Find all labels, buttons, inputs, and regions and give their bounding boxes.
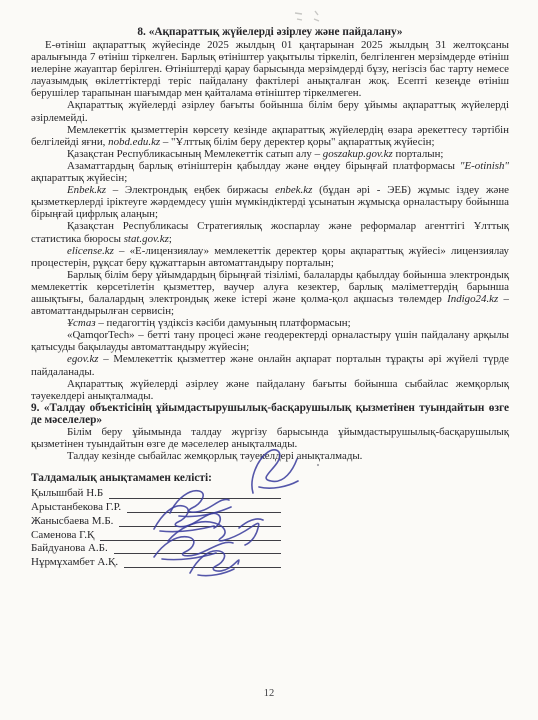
signatory-name: Арыстанбекова Г.Р. (31, 501, 127, 514)
paragraph: Барлық білім беру ұйымдардың бірыңғай ті… (31, 269, 509, 317)
signatory-name: Нұрмұхамбет А.Қ. (31, 556, 124, 569)
signatory-row: Қылышбай Н.Б (31, 487, 281, 501)
scan-artifact-marks (295, 11, 319, 21)
page-number: 12 (0, 688, 538, 699)
text-run: Білім беру ұйымында талдау жүргізу барыс… (31, 426, 509, 450)
text-run: Е-өтініш ақпараттық жүйесінде 2025 жылды… (31, 39, 509, 99)
italic-text-run: elicense.kz (67, 245, 114, 257)
signatory-row: Арыстанбекова Г.Р. (31, 500, 281, 514)
text-run: ақпараттық жүйесін; (31, 172, 127, 184)
paragraph: Қазақстан Республикасының Мемлекеттік са… (31, 148, 509, 160)
italic-text-run: nobd.edu.kz (108, 136, 160, 148)
text-run: Қазақстан Республикасының Мемлекеттік са… (67, 148, 323, 160)
section-8-body: Е-өтініш ақпараттық жүйесінде 2025 жылды… (31, 39, 509, 402)
paragraph: Азаматтардың барлық өтініштерін қабылдау… (31, 160, 509, 184)
signatory-row: Нұрмұхамбет А.Қ. (31, 555, 281, 569)
section-9-heading: 9. «Талдау объектісінің ұйымдастырушылық… (31, 402, 509, 426)
paragraph: Ақпараттық жүйелерді әзірлеу және пайдал… (31, 378, 509, 402)
text-run: Талдау кезінде сыбайлас жемқорлық тәуеке… (67, 450, 362, 462)
signature-line (100, 540, 281, 541)
signatory-name: Саменова Г.Қ (31, 529, 100, 542)
paragraph: Мемлекеттік қызметтерін көрсету кезінде … (31, 124, 509, 148)
paragraph: Enbek.kz – Электрондық еңбек биржасы enb… (31, 184, 509, 220)
signature-line (109, 498, 281, 499)
text-run: Азаматтардың барлық өтініштерін қабылдау… (67, 160, 460, 172)
text-run: порталын; (393, 148, 444, 160)
text-run: «QamqorTech» – бетті тану процесі және г… (31, 329, 509, 353)
text-run: – "Ұлттық білім беру деректер қоры" ақпа… (160, 136, 434, 148)
italic-text-run: Indigo24.kz (447, 293, 498, 305)
text-run: Ақпараттық жүйелерді әзірлеу және пайдал… (31, 378, 509, 402)
signatory-row: Байдуанова А.Б. (31, 542, 281, 556)
section-9-body: Білім беру ұйымында талдау жүргізу барыс… (31, 426, 509, 462)
signoff-title: Талдамалық анықтамамен келісті: (31, 472, 509, 485)
document-page: 8. «Ақпараттық жүйелерді әзірлеу және па… (0, 0, 538, 720)
signatory-name: Байдуанова А.Б. (31, 542, 114, 555)
paragraph: Білім беру ұйымында талдау жүргізу барыс… (31, 426, 509, 450)
italic-text-run: egov.kz (67, 353, 99, 365)
section-8-heading: 8. «Ақпараттық жүйелерді әзірлеу және па… (31, 26, 509, 39)
italic-text-run: stat.gov.kz (124, 233, 169, 245)
text-run: Барлық білім беру ұйымдардың бірыңғай ті… (31, 269, 509, 305)
italic-text-run: Ұстаз (67, 317, 96, 329)
text-run: – Электрондық еңбек биржасы (106, 184, 275, 196)
text-run: Қазақстан Республикасы Стратегиялық жосп… (31, 220, 509, 244)
paragraph: Ақпараттық жүйелерді әзірлеу бағыты бойы… (31, 99, 509, 123)
signature-line (119, 526, 281, 527)
italic-text-run: "E-otinish" (460, 160, 509, 172)
signature-line (114, 553, 281, 554)
text-run: Ақпараттық жүйелерді әзірлеу бағыты бойы… (31, 99, 509, 123)
paragraph: elicense.kz – «Е-лицензиялау» мемлекетті… (31, 245, 509, 269)
text-run: ; (169, 233, 172, 245)
italic-text-run: enbek.kz (275, 184, 312, 196)
text-run: – педагогтің үздіксіз кәсіби дамуының пл… (96, 317, 351, 329)
italic-text-run: goszakup.gov.kz (323, 148, 393, 160)
signatory-row: Жанысбаева М.Б. (31, 514, 281, 528)
paragraph: Ұстаз – педагогтің үздіксіз кәсіби дамуы… (31, 317, 509, 329)
signature-line (127, 512, 281, 513)
paragraph: Қазақстан Республикасы Стратегиялық жосп… (31, 220, 509, 244)
italic-text-run: Enbek.kz (67, 184, 106, 196)
signatory-list: Қылышбай Н.БАрыстанбекова Г.Р.Жанысбаева… (31, 487, 509, 570)
paragraph: Е-өтініш ақпараттық жүйесінде 2025 жылды… (31, 39, 509, 99)
signatory-name: Жанысбаева М.Б. (31, 515, 119, 528)
document-content: 8. «Ақпараттық жүйелерді әзірлеу және па… (31, 26, 509, 569)
paragraph: «QamqorTech» – бетті тану процесі және г… (31, 329, 509, 353)
signatory-row: Саменова Г.Қ (31, 528, 281, 542)
paragraph: egov.kz – Мемлекеттік қызметтер және онл… (31, 353, 509, 377)
paragraph: Талдау кезінде сыбайлас жемқорлық тәуеке… (31, 450, 509, 462)
signoff-block: Талдамалық анықтамамен келісті: Қылышбай… (31, 472, 509, 570)
signature-line (124, 567, 281, 568)
signatory-name: Қылышбай Н.Б (31, 487, 109, 500)
text-run: – Мемлекеттік қызметтер және онлайн ақпа… (31, 353, 509, 377)
